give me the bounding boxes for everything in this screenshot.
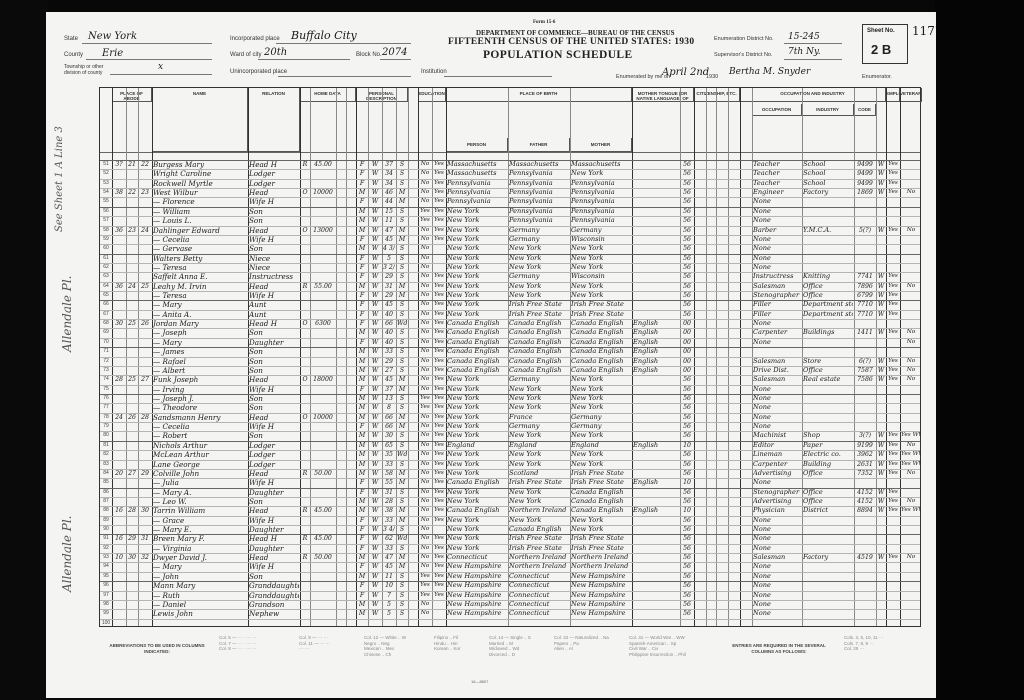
cell-emp: Yes: [887, 187, 899, 198]
line-number: 92: [101, 545, 111, 551]
line-number: 73: [101, 367, 111, 373]
print-mark: 16—8807: [471, 679, 488, 684]
cell-val: 45.00: [311, 533, 335, 544]
incorporated-line: [276, 43, 411, 44]
line-number: 55: [101, 198, 111, 204]
line-number: 61: [101, 255, 111, 261]
cell-val: 18000: [311, 374, 335, 385]
footer-instructions: ABBREVIATIONS TO BE USED IN COLUMNS INDI…: [99, 629, 921, 673]
line-number: 53: [101, 180, 111, 186]
cell-home: R: [301, 505, 309, 516]
cell-dwelling: 36: [113, 281, 125, 292]
cell-cls: W: [877, 552, 885, 563]
abbrev-col-block-4: Filipino .. FilHindu .. HinKorean .. Kor: [434, 635, 461, 652]
state-label: State: [64, 36, 78, 42]
cell-ind: Real estate: [803, 374, 853, 385]
cell-vet: No: [901, 225, 921, 236]
cell-fam1: 28: [127, 505, 137, 516]
line-number: 87: [101, 498, 111, 504]
block-line: [380, 59, 411, 60]
line-number: 68: [101, 320, 111, 326]
line-number: 82: [101, 451, 111, 457]
cell-fam1: 30: [127, 552, 137, 563]
line-number: 59: [101, 236, 111, 242]
cell-dwelling: 3?: [113, 159, 125, 170]
unincorporated-line: [278, 76, 411, 77]
scan-border-left: [0, 0, 48, 700]
cell-rel: Nephew: [249, 608, 299, 619]
cell-bpm: New Hampshire: [571, 608, 631, 619]
cell-fam1: 23: [127, 225, 137, 236]
column-group-header: VETERANS: [900, 88, 922, 102]
cell-ocode: 7710: [855, 309, 875, 320]
enumerated-date: April 2nd: [662, 67, 709, 78]
year-value: 1930: [706, 74, 718, 80]
cell-fam1: 26: [127, 412, 137, 423]
line-number: 65: [101, 292, 111, 298]
cell-ind: Buildings: [803, 327, 853, 338]
table-row: 100: [100, 619, 922, 628]
sheet-label: Sheet No.: [867, 28, 895, 34]
cell-vet: No: [901, 374, 921, 385]
cell-ocode: 1869: [855, 187, 875, 198]
column-group-header: NAME: [152, 88, 248, 152]
line-number: 57: [101, 217, 111, 223]
line-number: 99: [101, 610, 111, 616]
cell-fam2: 24: [139, 225, 151, 236]
cell-dwelling: 36: [113, 225, 125, 236]
ward-label: Ward of city: [230, 52, 261, 58]
cell-code: 56: [681, 608, 693, 619]
cell-occ: None: [753, 608, 801, 619]
cell-fam2: 29: [139, 468, 151, 479]
cell-vet: No: [901, 187, 921, 198]
cell-bp: New Hampshire: [447, 608, 507, 619]
cell-cls: W: [877, 187, 885, 198]
cell-home: O: [301, 374, 309, 385]
cell-bpf: Connecticut: [509, 608, 569, 619]
line-number: 91: [101, 535, 111, 541]
abbrev-col-block-6: Col. 22 — Naturalized .. NaPapers .. PaA…: [554, 635, 609, 652]
cell-fam1: 21: [127, 159, 137, 170]
line-number: 78: [101, 414, 111, 420]
cell-home: O: [301, 318, 309, 329]
birthplace-subheader: FATHER: [508, 138, 570, 152]
abbrev-col-block-2: Col. 9 — ··· ···Col. 11 — ··· ······ ···: [299, 635, 330, 652]
supervisor-value: 7th Ny.: [788, 47, 821, 57]
margin-note-street-2: Allendale Pl.: [60, 516, 74, 593]
cell-cls: W: [877, 225, 885, 236]
cell-lang: English: [633, 365, 679, 376]
line-number: 80: [101, 432, 111, 438]
line-number: 97: [101, 592, 111, 598]
census-page: Form 15-6 DEPARTMENT OF COMMERCE—BUREAU …: [46, 12, 936, 698]
cell-occ: None: [753, 337, 801, 348]
cell-dwelling: 20: [113, 468, 125, 479]
cell-lang: English: [633, 477, 679, 488]
cell-val: 50.00: [311, 552, 335, 563]
occupation-subheader: INDUSTRY: [802, 104, 854, 116]
ward-value: 20th: [264, 47, 287, 58]
cell-home: R: [301, 159, 309, 170]
cell-dwelling: 16: [113, 505, 125, 516]
line-number: 95: [101, 573, 111, 579]
institution-line: [444, 76, 552, 77]
cell-cls: W: [877, 309, 885, 320]
cell-dwelling: 30: [113, 318, 125, 329]
cell-val: 13000: [311, 225, 335, 236]
line-number: 72: [101, 358, 111, 364]
line-number: 51: [101, 161, 111, 167]
line-number: 63: [101, 273, 111, 279]
state-value: New York: [88, 31, 137, 42]
cell-sex: M: [357, 608, 367, 619]
incorporated-label: Incorporated place: [230, 36, 280, 42]
cell-vet: No: [901, 281, 921, 292]
cell-ind: Factory: [803, 187, 853, 198]
margin-note-sheet-ref: See Sheet 1 A Line 3: [54, 126, 65, 232]
line-number: 79: [101, 423, 111, 429]
line-number: 84: [101, 470, 111, 476]
cell-emp: Yes: [887, 309, 899, 320]
cell-dwelling: 10: [113, 552, 125, 563]
supervisor-label: Supervisor's District No.: [714, 52, 773, 58]
cell-name: Lewis John: [153, 608, 247, 619]
line-number: 66: [101, 301, 111, 307]
form-number: Form 15-6: [533, 20, 555, 25]
population-table: PLACE OF ABODENAMERELATIONHOME DATAPERSO…: [99, 87, 921, 627]
cell-ind: Department store: [803, 309, 853, 320]
cell-fam2: 31: [139, 533, 151, 544]
enumerator-label: Enumerator.: [862, 74, 892, 80]
abbrev-col-block-7: Col. 31 — World War .. WWSpanish-America…: [629, 635, 686, 657]
cell-home: O: [301, 225, 309, 236]
cell-val: 50.00: [311, 468, 335, 479]
county-label: County: [64, 52, 83, 58]
ward-line: [258, 59, 350, 60]
cell-read: Yes: [433, 515, 445, 526]
line-number: 62: [101, 264, 111, 270]
line-number: 86: [101, 489, 111, 495]
birthplace-subheader: MOTHER: [570, 138, 632, 152]
cell-ind: Y.M.C.A.: [803, 225, 853, 236]
line-number: 74: [101, 376, 111, 382]
township-label: Township or other division of county: [64, 65, 110, 76]
line-number: 88: [101, 507, 111, 513]
cell-ms: S: [397, 608, 407, 619]
enum-district-label: Enumeration District No.: [714, 36, 774, 42]
institution-label: Institution: [421, 69, 447, 75]
cell-cls: W: [877, 327, 885, 338]
cell-dwelling: 28: [113, 374, 125, 385]
line-number: 76: [101, 395, 111, 401]
occupation-subheader: CODE: [854, 104, 876, 116]
cell-home: R: [301, 281, 309, 292]
cell-fam1: 22: [127, 187, 137, 198]
cell-emp: Yes: [887, 468, 899, 479]
birthplace-subheader: PERSON: [446, 138, 508, 152]
line-number: 77: [101, 404, 111, 410]
line-number: 94: [101, 563, 111, 569]
county-value: Erie: [102, 48, 123, 59]
header-number-row-line: [100, 152, 920, 153]
cell-vet: No: [901, 552, 921, 563]
line-number: 69: [101, 329, 111, 335]
cell-ocode: 7352: [855, 468, 875, 479]
line-number: 67: [101, 311, 111, 317]
column-group-header: MOTHER TONGUE (OR NATIVE LANGUAGE) OF FO…: [632, 88, 694, 102]
column-group-header: OCCUPATION AND INDUSTRY: [740, 88, 886, 102]
census-title: FIFTEENTH CENSUS OF THE UNITED STATES: 1…: [448, 37, 694, 47]
cell-fam2: 27: [139, 374, 151, 385]
line-number: 100: [101, 620, 111, 626]
sheet-number-box: Sheet No. 2 B: [862, 24, 908, 64]
cell-ocode: 7586: [855, 374, 875, 385]
occupation-subheader: OCCUPATION: [752, 104, 802, 116]
cell-ocode: 8894: [855, 505, 875, 516]
township-line: [110, 74, 212, 75]
block-label: Block No.: [356, 52, 382, 58]
abbreviations-title: ABBREVIATIONS TO BE USED IN COLUMNS INDI…: [107, 643, 207, 654]
cell-ocode: 4519: [855, 552, 875, 563]
cell-cls: W: [877, 374, 885, 385]
cell-fam1: 29: [127, 533, 137, 544]
cell-read: Yes: [433, 590, 445, 601]
cell-emp: Yes: [887, 552, 899, 563]
schedule-title: POPULATION SCHEDULE: [483, 49, 633, 61]
enum-district-line: [784, 43, 842, 44]
column-group-header: RELATION: [248, 88, 300, 152]
cell-home: R: [301, 552, 309, 563]
sheet-value: 2 B: [871, 42, 891, 57]
column-group-header: PLACE OF BIRTH: [446, 88, 632, 102]
cell-val: 10000: [311, 187, 335, 198]
scan-border-right: [935, 0, 1024, 700]
cell-home: O: [301, 412, 309, 423]
abbrev-col-block-3: Col. 12 — White .. WNegro .. NegMexican …: [364, 635, 406, 657]
cell-fam2: 22: [139, 159, 151, 170]
cell-emp: Yes: [887, 374, 899, 385]
cell-vet: No: [901, 337, 921, 348]
column-group-header: CITIZENSHIP, ETC.: [694, 88, 740, 102]
cell-fam1: 25: [127, 374, 137, 385]
line-number: 81: [101, 442, 111, 448]
cell-lang: English: [633, 505, 679, 516]
column-group-header: PLACE OF ABODE: [112, 88, 152, 102]
county-line: [86, 59, 212, 60]
enumerator-name: Bertha M. Snyder: [729, 67, 810, 77]
cell-val: 45.00: [311, 159, 335, 170]
abbrev-col-block-1: Col. 5 — ··· · ··· ··· Col. 7 — ··· · ··…: [219, 635, 257, 652]
cell-fam2: 28: [139, 412, 151, 423]
line-number: 85: [101, 479, 111, 485]
line-number: 93: [101, 554, 111, 560]
township-value: x: [158, 62, 163, 72]
line-number: 75: [101, 386, 111, 392]
entries-title: ENTRIES ARE REQUIRED IN THE SEVERAL COLU…: [724, 643, 834, 654]
margin-note-street-1: Allendale Pl.: [60, 276, 74, 353]
cell-ind: Factory: [803, 552, 853, 563]
cell-fam2: 30: [139, 505, 151, 516]
cell-emp: Yes: [887, 505, 899, 516]
line-number: 83: [101, 461, 111, 467]
incorporated-value: Buffalo City: [291, 29, 357, 42]
column-group-header: HOME DATA: [300, 88, 356, 102]
cell-home: R: [301, 533, 309, 544]
cell-val: 45.00: [311, 505, 335, 516]
cell-ind: District: [803, 505, 853, 516]
cell-race: W: [369, 608, 381, 619]
cell-fam2: 26: [139, 318, 151, 329]
line-number: 71: [101, 348, 111, 354]
cell-school: No: [419, 608, 431, 619]
stamp-number: 1177: [912, 24, 936, 38]
cell-ocode: 1411: [855, 327, 875, 338]
cell-dwelling: 16: [113, 533, 125, 544]
line-number: 89: [101, 517, 111, 523]
state-line: [82, 43, 212, 44]
cell-dwelling: 38: [113, 187, 125, 198]
cell-ocode: 5(?): [855, 225, 875, 236]
cell-vet: No: [901, 468, 921, 479]
cell-fam2: 32: [139, 552, 151, 563]
block-value: 2074: [382, 47, 407, 58]
cell-home: R: [301, 468, 309, 479]
cell-cls: W: [877, 505, 885, 516]
cell-ind: Office: [803, 468, 853, 479]
cell-fam1: 27: [127, 468, 137, 479]
cell-val: 55.00: [311, 281, 335, 292]
enum-district-value: 15-245: [788, 32, 820, 42]
table-row: 99Lewis JohnNephewMW5SNoNew HampshireCon…: [100, 609, 922, 618]
department-title: DEPARTMENT OF COMMERCE—BUREAU OF THE CEN…: [476, 29, 675, 37]
line-number: 90: [101, 526, 111, 532]
cell-fam1: 24: [127, 281, 137, 292]
cell-emp: Yes: [887, 225, 899, 236]
cell-read: Yes: [433, 234, 445, 245]
line-number: 70: [101, 339, 111, 345]
line-number: 98: [101, 601, 111, 607]
cell-fam1: 25: [127, 318, 137, 329]
cell-emp: Yes: [887, 327, 899, 338]
cell-val: 10000: [311, 412, 335, 423]
abbrev-col-block-5: Col. 14 — Single .. SMarried .. MWidowed…: [489, 635, 531, 657]
line-number: 58: [101, 227, 111, 233]
cell-home: O: [301, 187, 309, 198]
line-number: 96: [101, 582, 111, 588]
line-number: 52: [101, 170, 111, 176]
cell-dwelling: 24: [113, 412, 125, 423]
entries-col-block: Cols. 3, 5, 10, 11 ···Cols. 7, 8, 9 ···C…: [844, 635, 883, 652]
cell-val: 6300: [311, 318, 335, 329]
line-number: 60: [101, 245, 111, 251]
line-number: 54: [101, 189, 111, 195]
line-number: 56: [101, 208, 111, 214]
cell-fam2: 25: [139, 281, 151, 292]
cell-lang: English: [633, 440, 679, 451]
unincorporated-label: Unincorporated place: [230, 69, 287, 75]
cell-cls: W: [877, 468, 885, 479]
cell-fam2: 23: [139, 187, 151, 198]
cell-age: 5: [383, 608, 395, 619]
line-number: 64: [101, 283, 111, 289]
supervisor-line: [784, 59, 842, 60]
column-group-header: EMPLOYMENT: [886, 88, 900, 102]
cell-vet: Yes WW: [901, 505, 921, 516]
